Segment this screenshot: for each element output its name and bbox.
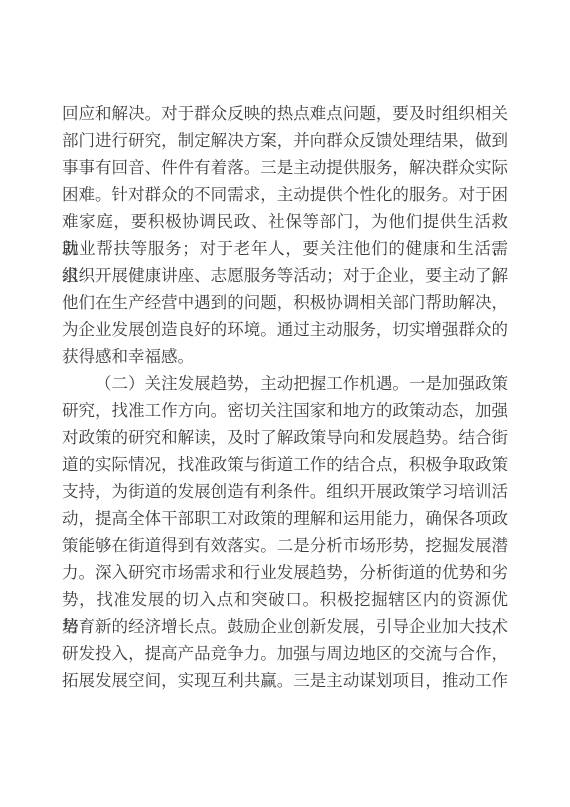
text-line: 力。深入研究市场需求和行业发展趋势，分析街道的优势和劣	[62, 560, 508, 587]
paragraph-1: 回应和解决。对于群众反映的热点难点问题，要及时组织相关 部门进行研究，制定解决方…	[62, 101, 508, 371]
text-line: 他们在生产经营中遇到的问题，积极协调相关部门帮助解决，	[62, 290, 508, 317]
text-line: 为企业发展创造良好的环境。通过主动服务，切实增强群众的	[62, 317, 508, 344]
text-line: 困难。针对群众的不同需求，主动提供个性化的服务。对于困	[62, 182, 508, 209]
text-line: 研究，找准工作方向。密切关注国家和地方的政策动态，加强	[62, 398, 508, 425]
text-line: 道的实际情况，找准政策与街道工作的结合点，积极争取政策	[62, 452, 508, 479]
text-line: （二）关注发展趋势，主动把握工作机遇。一是加强政策	[62, 371, 508, 398]
text-line: 获得感和幸福感。	[62, 344, 508, 371]
document-page: 回应和解决。对于群众反映的热点难点问题，要及时组织相关 部门进行研究，制定解决方…	[0, 0, 570, 807]
text-line: 就业帮扶等服务；对于老年人，要关注他们的健康和生活需求，	[62, 236, 508, 263]
paragraph-2: （二）关注发展趋势，主动把握工作机遇。一是加强政策 研究，找准工作方向。密切关注…	[62, 371, 508, 695]
text-line: 拓展发展空间，实现互利共赢。三是主动谋划项目，推动工作	[62, 668, 508, 695]
text-line: 支持，为街道的发展创造有利条件。组织开展政策学习培训活	[62, 479, 508, 506]
text-line: 难家庭，要积极协调民政、社保等部门，为他们提供生活救助、	[62, 209, 508, 236]
text-line: 回应和解决。对于群众反映的热点难点问题，要及时组织相关	[62, 101, 508, 128]
text-line: 培育新的经济增长点。鼓励企业创新发展，引导企业加大技术	[62, 614, 508, 641]
text-line: 组织开展健康讲座、志愿服务等活动；对于企业，要主动了解	[62, 263, 508, 290]
text-line: 势，找准发展的切入点和突破口。积极挖掘辖区内的资源优势，	[62, 587, 508, 614]
text-line: 研发投入，提高产品竞争力。加强与周边地区的交流与合作，	[62, 641, 508, 668]
document-body-text: 回应和解决。对于群众反映的热点难点问题，要及时组织相关 部门进行研究，制定解决方…	[62, 101, 508, 695]
text-line: 部门进行研究，制定解决方案，并向群众反馈处理结果，做到	[62, 128, 508, 155]
text-line: 策能够在街道得到有效落实。二是分析市场形势，挖掘发展潜	[62, 533, 508, 560]
text-line: 动，提高全体干部职工对政策的理解和运用能力，确保各项政	[62, 506, 508, 533]
text-line: 事事有回音、件件有着落。三是主动提供服务，解决群众实际	[62, 155, 508, 182]
text-line: 对政策的研究和解读，及时了解政策导向和发展趋势。结合街	[62, 425, 508, 452]
